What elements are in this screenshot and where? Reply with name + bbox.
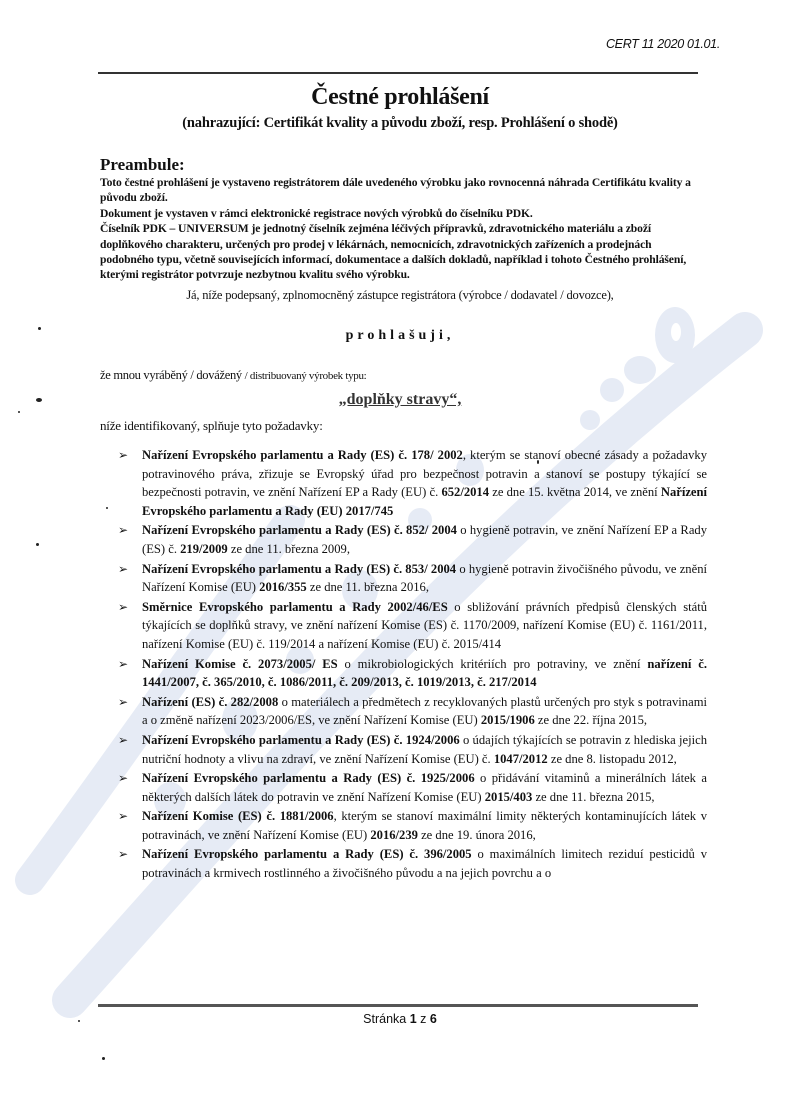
requirement-item: ➢Nařízení Komise č. 2073/2005/ ES o mikr… — [116, 655, 707, 692]
requirement-item: ➢Nařízení Evropského parlamentu a Rady (… — [116, 845, 707, 882]
page-number: Stránka 1 z 6 — [0, 1012, 800, 1026]
requirement-reference: Nařízení (ES) č. 282/2008 — [142, 695, 278, 709]
declaration-verb: prohlašuji, — [0, 328, 800, 344]
scan-speck — [36, 398, 42, 402]
requirement-reference: 2016/239 — [370, 828, 418, 842]
product-line: že mnou vyráběný / dovážený / distribuov… — [100, 368, 366, 383]
requirement-text: ze dne 11. března 2009, — [228, 542, 350, 556]
requirement-item: ➢Nařízení Evropského parlamentu a Rady (… — [116, 446, 707, 520]
preamble-paragraph: Dokument je vystaven v rámci elektronick… — [100, 206, 706, 221]
requirement-reference: Nařízení Evropského parlamentu a Rady (E… — [142, 448, 463, 462]
requirement-reference: Nařízení Evropského parlamentu a Rady (E… — [142, 733, 460, 747]
scan-speck — [537, 460, 539, 464]
requirement-reference: 652/2014 — [441, 485, 489, 499]
requirement-item: ➢Nařízení Evropského parlamentu a Rady (… — [116, 521, 707, 558]
product-line-main: že mnou vyráběný / dovážený — [100, 368, 245, 382]
requirement-item: ➢Nařízení Evropského parlamentu a Rady (… — [116, 769, 707, 806]
product-line-small: / distribuovaný výrobek typu: — [245, 370, 367, 382]
arrow-bullet-icon: ➢ — [118, 769, 128, 788]
requirement-reference: 2015/1906 — [481, 713, 535, 727]
page-label: Stránka — [363, 1012, 406, 1026]
scan-speck — [38, 327, 41, 330]
arrow-bullet-icon: ➢ — [118, 446, 128, 465]
page-current: 1 — [410, 1012, 417, 1026]
document-subtitle: (nahrazující: Certifikát kvality a původ… — [0, 115, 800, 132]
arrow-bullet-icon: ➢ — [118, 731, 128, 750]
requirement-reference: 2016/355 — [259, 580, 307, 594]
requirement-text: o mikrobiologických kritériích pro potra… — [338, 657, 648, 671]
scan-speck — [106, 507, 108, 509]
document-code: CERT 11 2020 01.01. — [606, 37, 720, 51]
header-divider — [98, 72, 698, 74]
arrow-bullet-icon: ➢ — [118, 521, 128, 540]
requirement-reference: Nařízení Evropského parlamentu a Rady (E… — [142, 562, 456, 576]
scan-speck — [36, 543, 39, 546]
preamble-heading: Preambule: — [100, 155, 185, 175]
requirement-item: ➢Nařízení (ES) č. 282/2008 o materiálech… — [116, 693, 707, 730]
declaration-intro: Já, níže podepsaný, zplnomocněný zástupc… — [0, 288, 800, 303]
page-separator: z — [420, 1012, 426, 1026]
preamble-text: Toto čestné prohlášení je vystaveno regi… — [100, 175, 706, 283]
requirement-text: ze dne 11. března 2015, — [532, 790, 654, 804]
preamble-paragraph: Číselník PDK – UNIVERSUM je jednotný čís… — [100, 221, 706, 283]
requirement-item: ➢Nařízení Evropského parlamentu a Rady (… — [116, 560, 707, 597]
requirements-list: ➢Nařízení Evropského parlamentu a Rady (… — [116, 446, 707, 884]
preamble-paragraph: Toto čestné prohlášení je vystaveno regi… — [100, 175, 706, 206]
requirement-item: ➢Nařízení Komise (ES) č. 1881/2006, kter… — [116, 807, 707, 844]
scan-speck — [102, 1057, 105, 1060]
arrow-bullet-icon: ➢ — [118, 807, 128, 826]
requirement-item: ➢Nařízení Evropského parlamentu a Rady (… — [116, 731, 707, 768]
arrow-bullet-icon: ➢ — [118, 655, 128, 674]
requirements-intro: níže identifikovaný, splňuje tyto požada… — [100, 418, 323, 434]
requirement-reference: Směrnice Evropského parlamentu a Rady 20… — [142, 600, 448, 614]
arrow-bullet-icon: ➢ — [118, 693, 128, 712]
requirement-reference: 1047/2012 — [494, 752, 548, 766]
requirement-reference: 2015/403 — [485, 790, 533, 804]
arrow-bullet-icon: ➢ — [118, 598, 128, 617]
requirement-reference: 219/2009 — [180, 542, 228, 556]
requirement-reference: Nařízení Komise (ES) č. 1881/2006 — [142, 809, 334, 823]
document-title: Čestné prohlášení — [0, 84, 800, 111]
scan-speck — [78, 1020, 80, 1022]
footer-divider — [98, 1004, 698, 1007]
requirement-reference: Nařízení Evropského parlamentu a Rady (E… — [142, 771, 475, 785]
requirement-text: ze dne 11. března 2016, — [307, 580, 429, 594]
requirement-item: ➢Směrnice Evropského parlamentu a Rady 2… — [116, 598, 707, 654]
scan-speck — [18, 411, 20, 413]
page-total: 6 — [430, 1012, 437, 1026]
arrow-bullet-icon: ➢ — [118, 560, 128, 579]
arrow-bullet-icon: ➢ — [118, 845, 128, 864]
requirement-text: ze dne 19. února 2016, — [418, 828, 536, 842]
requirement-text: ze dne 15. května 2014, ve znění — [489, 485, 661, 499]
requirement-reference: Nařízení Komise č. 2073/2005/ ES — [142, 657, 338, 671]
requirement-text: ze dne 22. října 2015, — [535, 713, 647, 727]
product-type: „doplňky stravy“, — [0, 391, 800, 409]
requirement-text: ze dne 8. listopadu 2012, — [548, 752, 677, 766]
requirement-reference: Nařízení Evropského parlamentu a Rady (E… — [142, 847, 472, 861]
requirement-reference: Nařízení Evropského parlamentu a Rady (E… — [142, 523, 457, 537]
